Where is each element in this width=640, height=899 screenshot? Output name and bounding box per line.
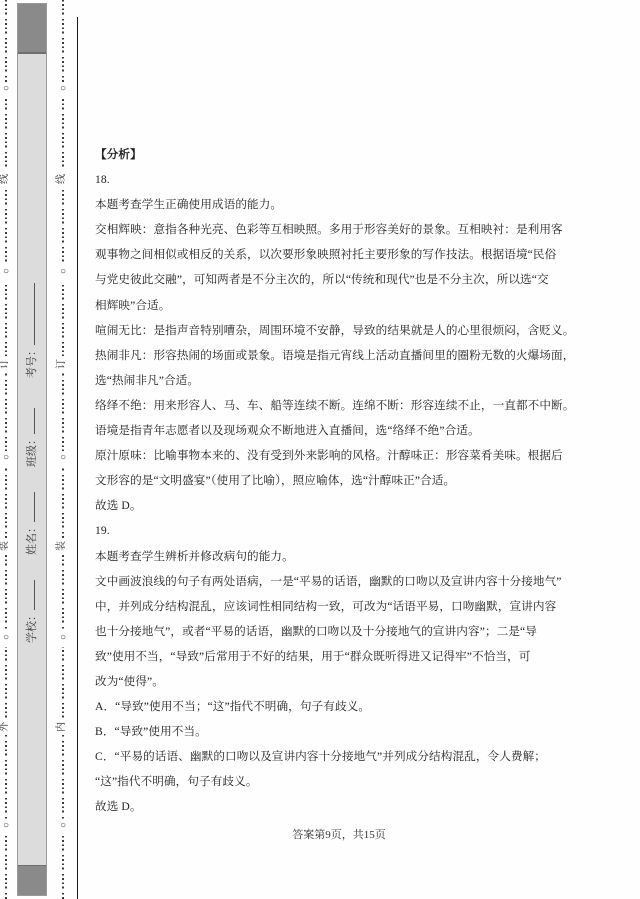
field-blank-line: [25, 283, 35, 345]
content-line: 本题考查学生辨析并修改病句的能力。: [95, 544, 563, 569]
content-line: 本题考查学生正确使用成语的能力。: [95, 192, 563, 217]
student-info-field: 班级：: [25, 408, 40, 467]
binding-line-char-inner: 装: [55, 538, 71, 554]
binding-line-char-inner: 线: [55, 171, 71, 187]
field-label: 考号：: [26, 345, 38, 378]
content-line: 与党史彼此交融”，可知两者是不分主次的，所以“传统和现代”也是不分主次，所以选“…: [95, 267, 563, 292]
content-line: 选“热闹非凡”合适。: [95, 368, 563, 393]
field-label: 班级：: [26, 434, 38, 467]
binding-line-circle-inner: ○: [55, 451, 71, 467]
field-blank-line: [25, 408, 35, 434]
content-line: “这”指代不明确，句子有歧义。: [95, 769, 563, 794]
outer-binding-dashed-line: [5, 0, 7, 899]
binding-line-char-outer: 订: [0, 356, 14, 372]
student-info-field: 考号：: [25, 283, 40, 378]
binding-line-circle-inner: ○: [55, 265, 71, 281]
content-line: A．“导致”使用不当；“这”指代不明确，句子有歧义。: [95, 694, 563, 719]
page-edge-line: [77, 17, 78, 899]
content-line: 络绎不绝：用来形容人、马、车、船等连续不断。连绵不断：形容连续不止，一直都不中断…: [95, 393, 563, 418]
binding-line-char-outer: 装: [0, 538, 14, 554]
content-line: 交相辉映：意指各种光亮、色彩等互相映照。多用于形容美好的景象。互相映衬：是利用客: [95, 217, 563, 242]
binding-line-char-outer: 线: [0, 171, 14, 187]
content-line: C．“平易的话语、幽默的口吻以及宣讲内容十分接地气”并列成分结构混乱，令人费解；: [95, 744, 563, 769]
field-blank-line: [25, 492, 35, 522]
field-label: 姓名：: [26, 522, 38, 555]
content-line: 相辉映”合适。: [95, 293, 563, 318]
binding-line-circle-outer: ○: [0, 265, 14, 281]
content-line: 原汁原味：比喻事物本来的、没有受到外来影响的风格。汁醇味正：形容菜肴美味。根据后: [95, 443, 563, 468]
content-line: 【分析】: [95, 142, 563, 167]
binding-line-circle-outer: ○: [0, 819, 14, 835]
binding-line-circle-outer: ○: [0, 631, 14, 647]
page-number-text: 答案第9页，共15页: [292, 829, 386, 841]
content-line: 中，并列成分结构混乱，应该词性相同结构一致，可改为“话语平易，口吻幽默，宣讲内容: [95, 594, 563, 619]
field-label: 学校：: [26, 610, 38, 643]
answer-content: 【分析】18.本题考查学生正确使用成语的能力。交相辉映：意指各种光亮、色彩等互相…: [95, 142, 563, 820]
binding-line-circle-outer: ○: [0, 82, 14, 98]
student-info-field: 姓名：: [25, 492, 40, 555]
content-line: 文中画波浪线的句子有两处语病，一是“平易的话语，幽默的口吻以及宣讲内容十分接地气…: [95, 569, 563, 594]
strip-bottom-cap: [18, 865, 46, 895]
content-line: 喧闹无比：是指声音特别嘈杂，周围环境不安静，导致的结果就是人的心里很烦闷，含贬义…: [95, 318, 563, 343]
content-line: 18.: [95, 167, 563, 192]
binding-line-circle-outer: ○: [0, 451, 14, 467]
exam-answer-page: 【分析】18.本题考查学生正确使用成语的能力。交相辉映：意指各种光亮、色彩等互相…: [0, 0, 640, 899]
content-line: 故选 D。: [95, 794, 563, 819]
field-blank-line: [25, 580, 35, 610]
content-line: 故选 D。: [95, 493, 563, 518]
strip-top-cap: [18, 4, 46, 54]
binding-line-circle-inner: ○: [55, 631, 71, 647]
student-info-field: 学校：: [25, 580, 40, 643]
content-line: 观事物之间相似或相反的关系，以次要形象映照衬托主要形象的写作技法。根据语境“民俗: [95, 242, 563, 267]
content-line: 热闹非凡：形容热闹的场面或景象。语境是指元宵线上活动直播间里的圈粉无数的火爆场面…: [95, 343, 563, 368]
binding-line-circle-inner: ○: [55, 82, 71, 98]
content-line: B．“导致”使用不当。: [95, 719, 563, 744]
inner-binding-dashed-line: [62, 0, 64, 899]
binding-line-circle-inner: ○: [55, 819, 71, 835]
content-line: 语境是指青年志愿者以及现场观众不断地进入直播间，选“络绎不绝”合适。: [95, 418, 563, 443]
content-line: 文形容的是“文明盛宴”（使用了比喻），照应喻体，选“汁醇味正”合适。: [95, 468, 563, 493]
binding-line-char-outer: 外: [0, 719, 14, 735]
page-footer: 答案第9页，共15页: [78, 826, 600, 842]
content-line: 也十分接地气”，或者“平易的话语，幽默的口吻以及十分接地气的宣讲内容”；二是“导: [95, 619, 563, 644]
binding-line-char-inner: 内: [55, 719, 71, 735]
content-line: 改为“使得”。: [95, 669, 563, 694]
binding-line-char-inner: 订: [55, 356, 71, 372]
content-line: 致”使用不当，“导致”后常用于不好的结果，用于“群众既听得进又记得牢”不恰当，可: [95, 644, 563, 669]
content-line: 19.: [95, 518, 563, 543]
